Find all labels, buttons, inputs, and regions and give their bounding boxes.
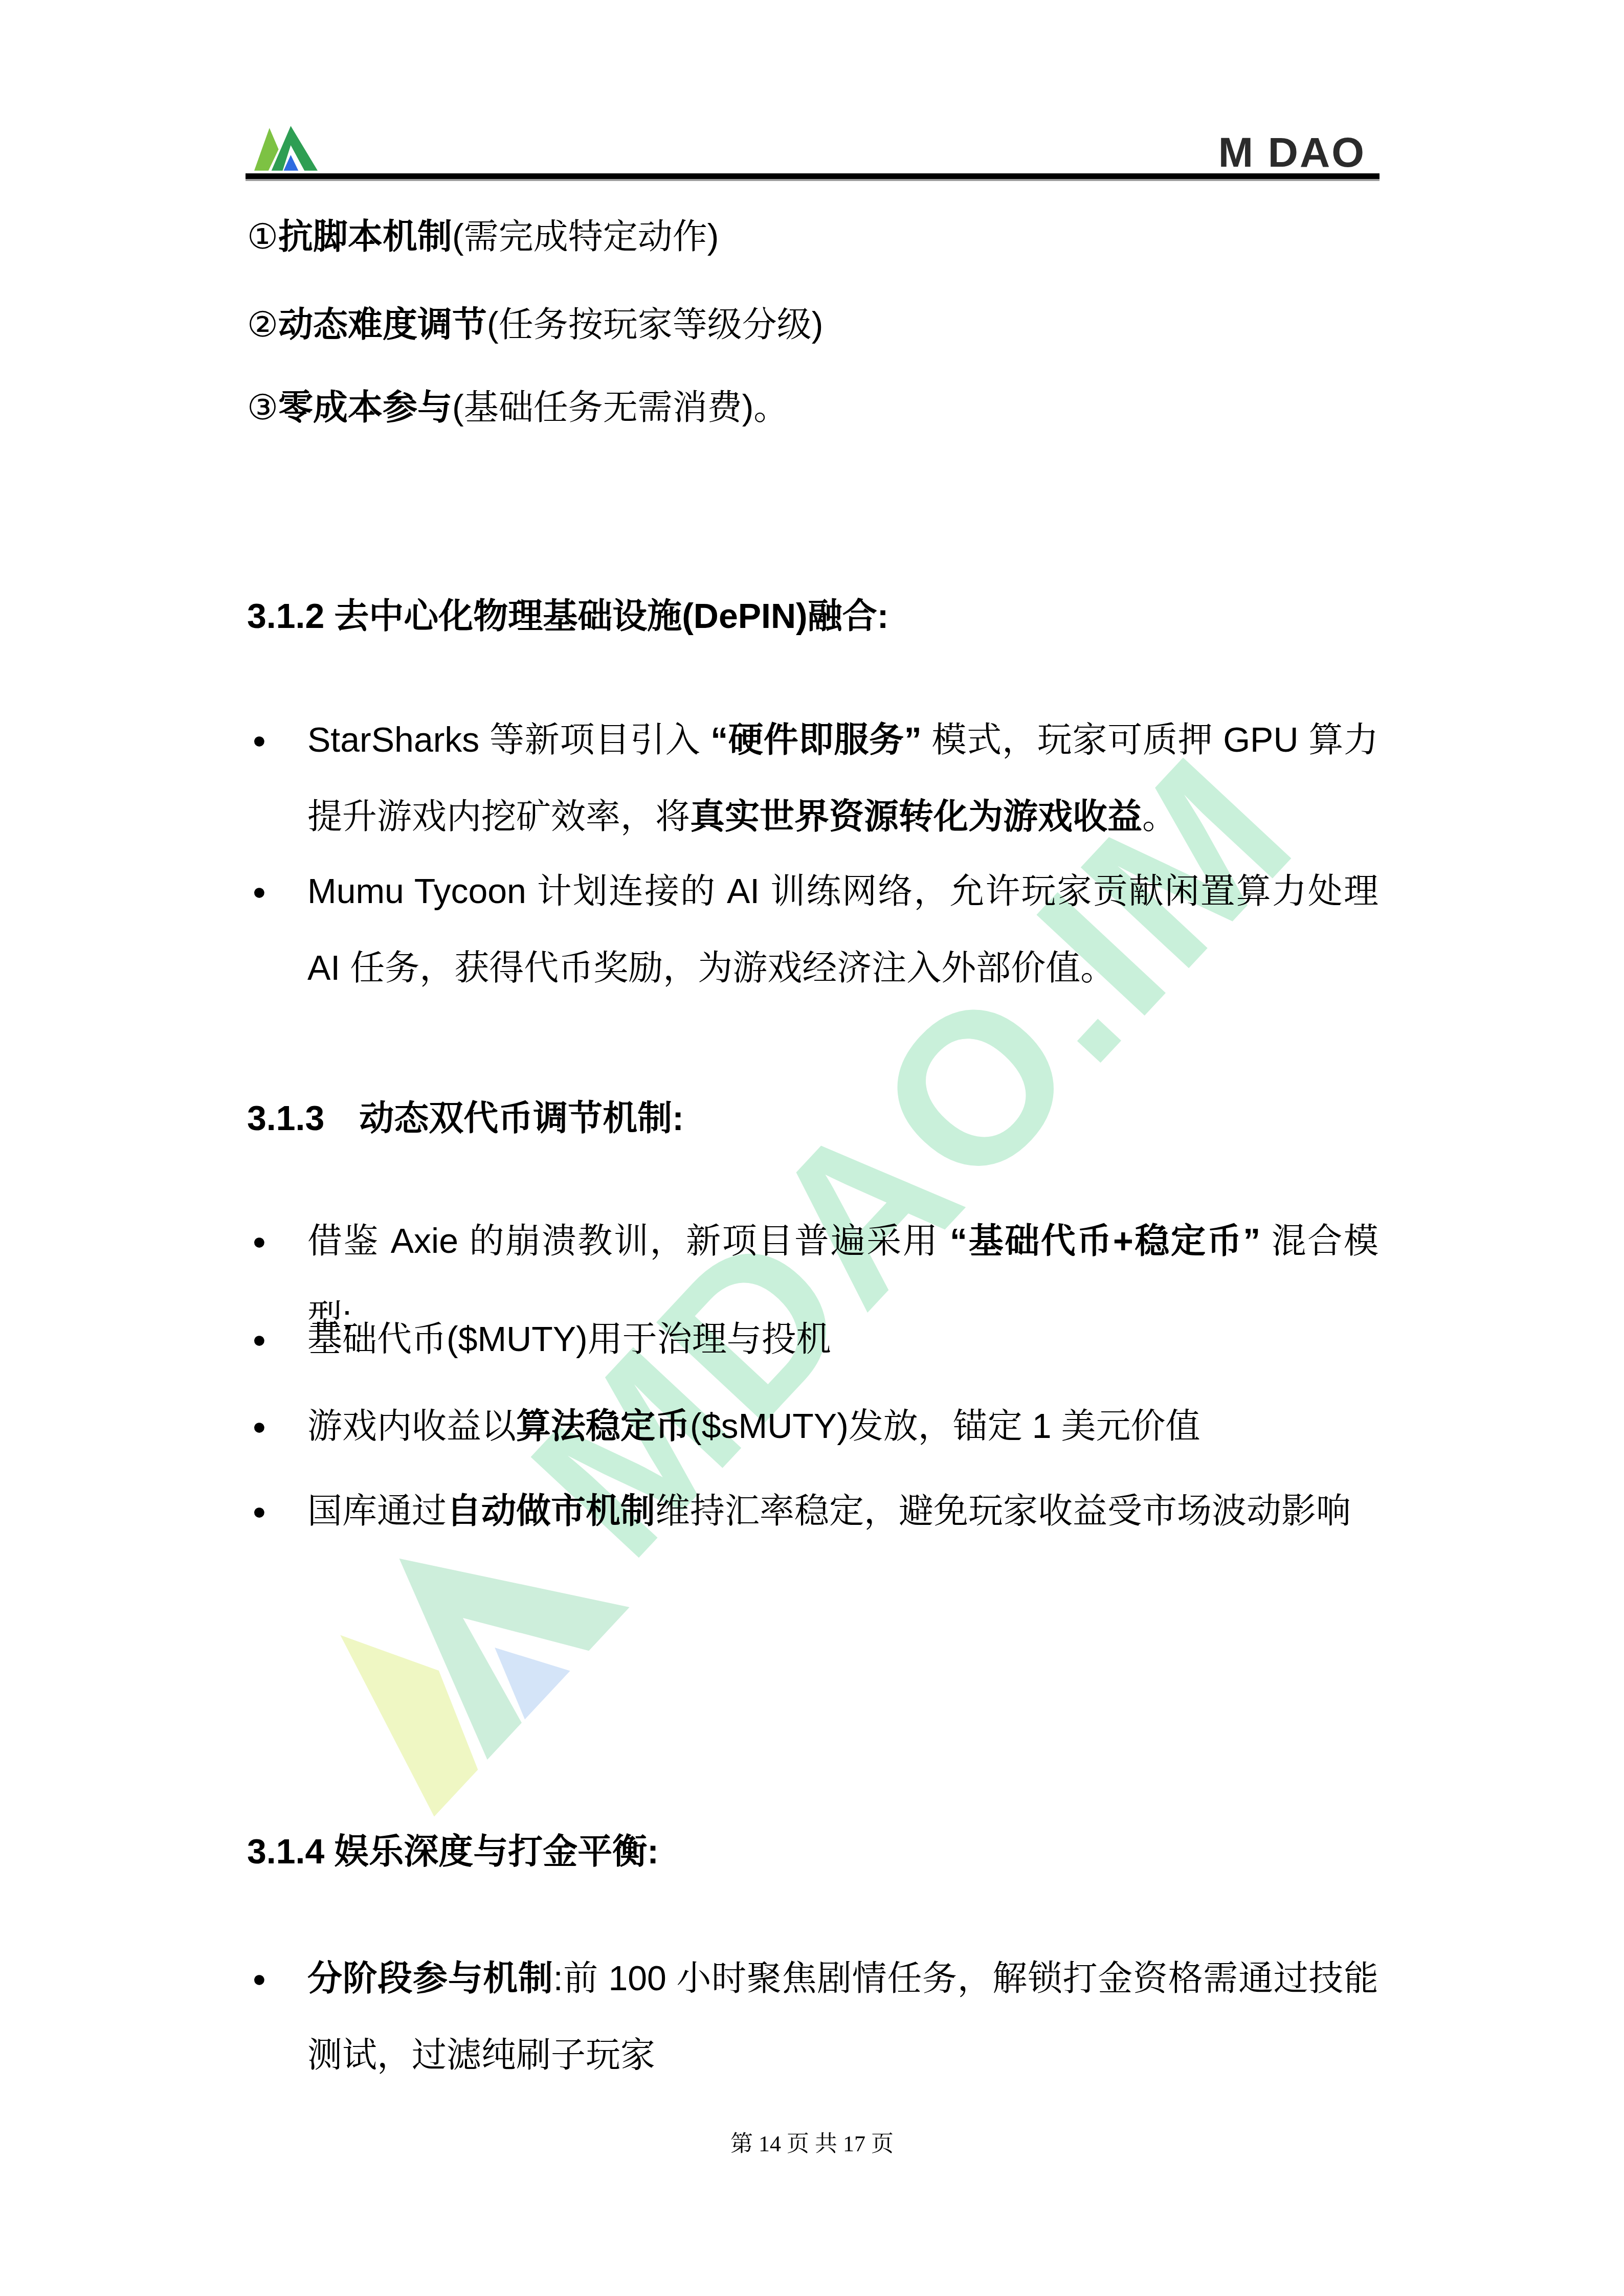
watermark-logo-stripe (293, 1605, 509, 1816)
item-term: 抗脚本机制 (278, 217, 452, 256)
bullet-item: 游戏内收益以算法稳定币($sMUTY)发放，锚定 1 美元价值 (247, 1388, 1378, 1465)
page-number: 第 14 页 共 17 页 (0, 2129, 1624, 2159)
bullet-item: 基础代币($MUTY)用于治理与投机 (247, 1301, 1378, 1378)
numbered-item-3: ③零成本参与(基础任务无需消费)。 (247, 369, 1378, 446)
section-heading-3-1-3: 3.1.3 动态双代币调节机制: (247, 1080, 1378, 1157)
bullet-item: StarSharks 等新项目引入 “硬件即服务” 模式，玩家可质押 GPU 算… (247, 702, 1378, 855)
brand-text: M DAO (1218, 131, 1366, 175)
item-term: 零成本参与 (278, 388, 452, 427)
numbered-item-1: ①抗脚本机制(需完成特定动作) (247, 198, 1378, 275)
bullet-item: Mumu Tycoon 计划连接的 AI 训练网络，允许玩家贡献闲置算力处理 A… (247, 853, 1378, 1006)
item-number: ③ (247, 388, 278, 427)
mdao-mountain-logo-icon (254, 126, 318, 171)
item-number: ② (247, 305, 278, 344)
bullet-item: 分阶段参与机制:前 100 小时聚焦剧情任务，解锁打金资格需通过技能测试，过滤纯… (247, 1940, 1378, 2094)
item-note: (需完成特定动作) (452, 217, 719, 256)
section-heading-3-1-2: 3.1.2 去中心化物理基础设施(DePIN)融合: (247, 578, 1378, 655)
item-note: (任务按玩家等级分级) (487, 305, 823, 344)
item-number: ① (247, 217, 278, 256)
item-term: 动态难度调节 (278, 305, 487, 344)
numbered-item-2: ②动态难度调节(任务按玩家等级分级) (247, 286, 1378, 363)
item-note: (基础任务无需消费)。 (452, 388, 788, 427)
section-heading-3-1-4: 3.1.4 娱乐深度与打金平衡: (247, 1813, 1378, 1890)
watermark-logo-triangle (473, 1622, 570, 1719)
document-page: MDAO.IM M DAO ①抗脚本机制(需完成特定动作) ②动态难度调节(任务… (0, 0, 1624, 2296)
header-rule (246, 173, 1380, 181)
bullet-item: 国库通过自动做市机制维持汇率稳定，避免玩家收益受市场波动影响 (247, 1473, 1378, 1549)
